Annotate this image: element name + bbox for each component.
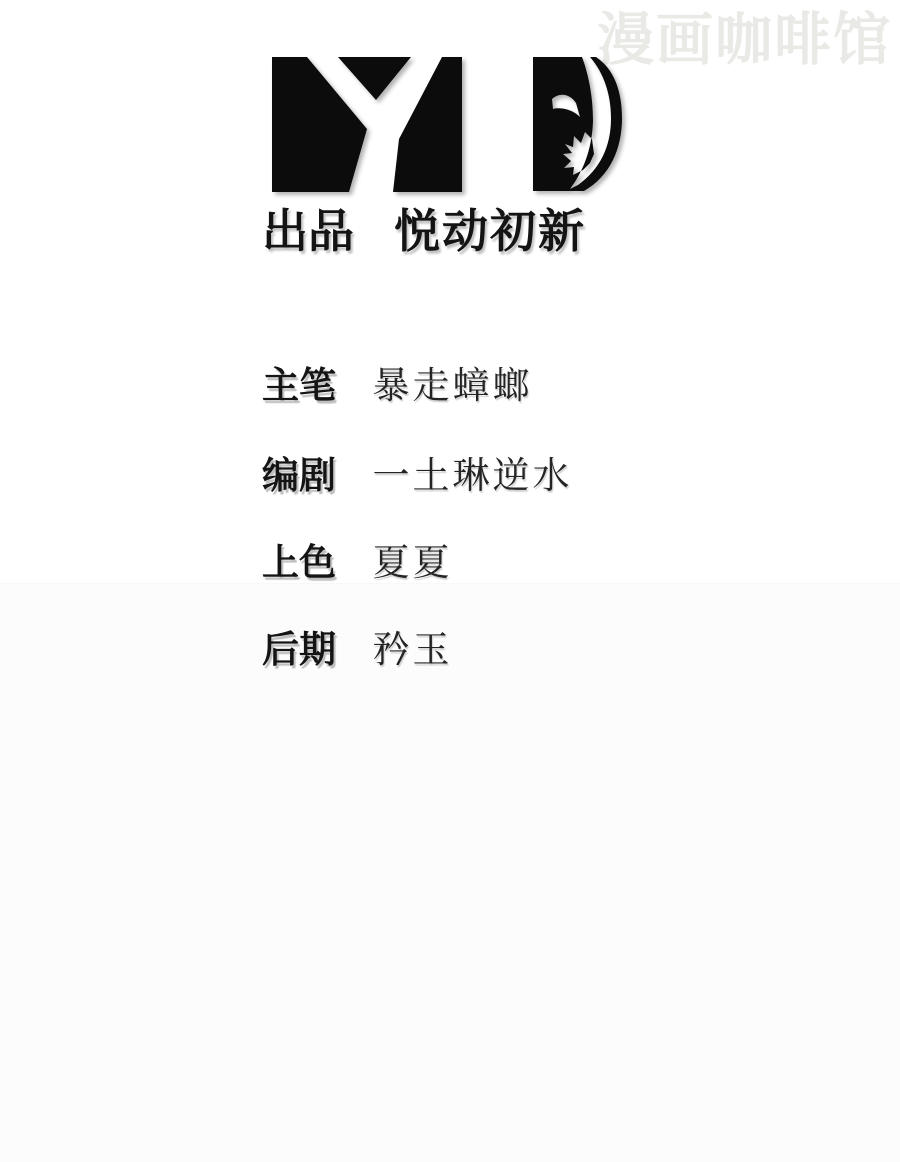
credit-label: 编剧 bbox=[262, 457, 362, 494]
credit-row-colorist: 上色 夏夏 bbox=[262, 544, 452, 581]
credit-name: 暴走蟑螂 bbox=[372, 367, 532, 404]
comic-credits-page: 漫画咖啡馆 出品悦动初新 主笔 暴走蟑螂 编剧 一土琳逆水 上色 夏夏 后期 矜… bbox=[0, 0, 900, 1162]
credit-row-lead-artist: 主笔 暴走蟑螂 bbox=[262, 367, 532, 404]
credit-name: 矜玉 bbox=[372, 631, 452, 668]
producer-value: 悦动初新 bbox=[394, 205, 586, 257]
credit-row-writer: 编剧 一土琳逆水 bbox=[262, 457, 572, 494]
studio-logo bbox=[272, 57, 627, 192]
credit-row-post-production: 后期 矜玉 bbox=[262, 631, 452, 668]
site-watermark: 漫画咖啡馆 bbox=[597, 12, 892, 69]
logo-y-icon bbox=[272, 57, 462, 192]
producer-label: 出品 bbox=[262, 205, 354, 257]
credit-name: 一土琳逆水 bbox=[372, 457, 572, 494]
logo-d-moon-face-icon bbox=[530, 57, 627, 192]
credit-label: 主笔 bbox=[262, 367, 362, 404]
credit-label: 上色 bbox=[262, 544, 362, 581]
credit-name: 夏夏 bbox=[372, 544, 452, 581]
producer-line: 出品悦动初新 bbox=[262, 206, 586, 257]
credit-label: 后期 bbox=[262, 631, 362, 668]
